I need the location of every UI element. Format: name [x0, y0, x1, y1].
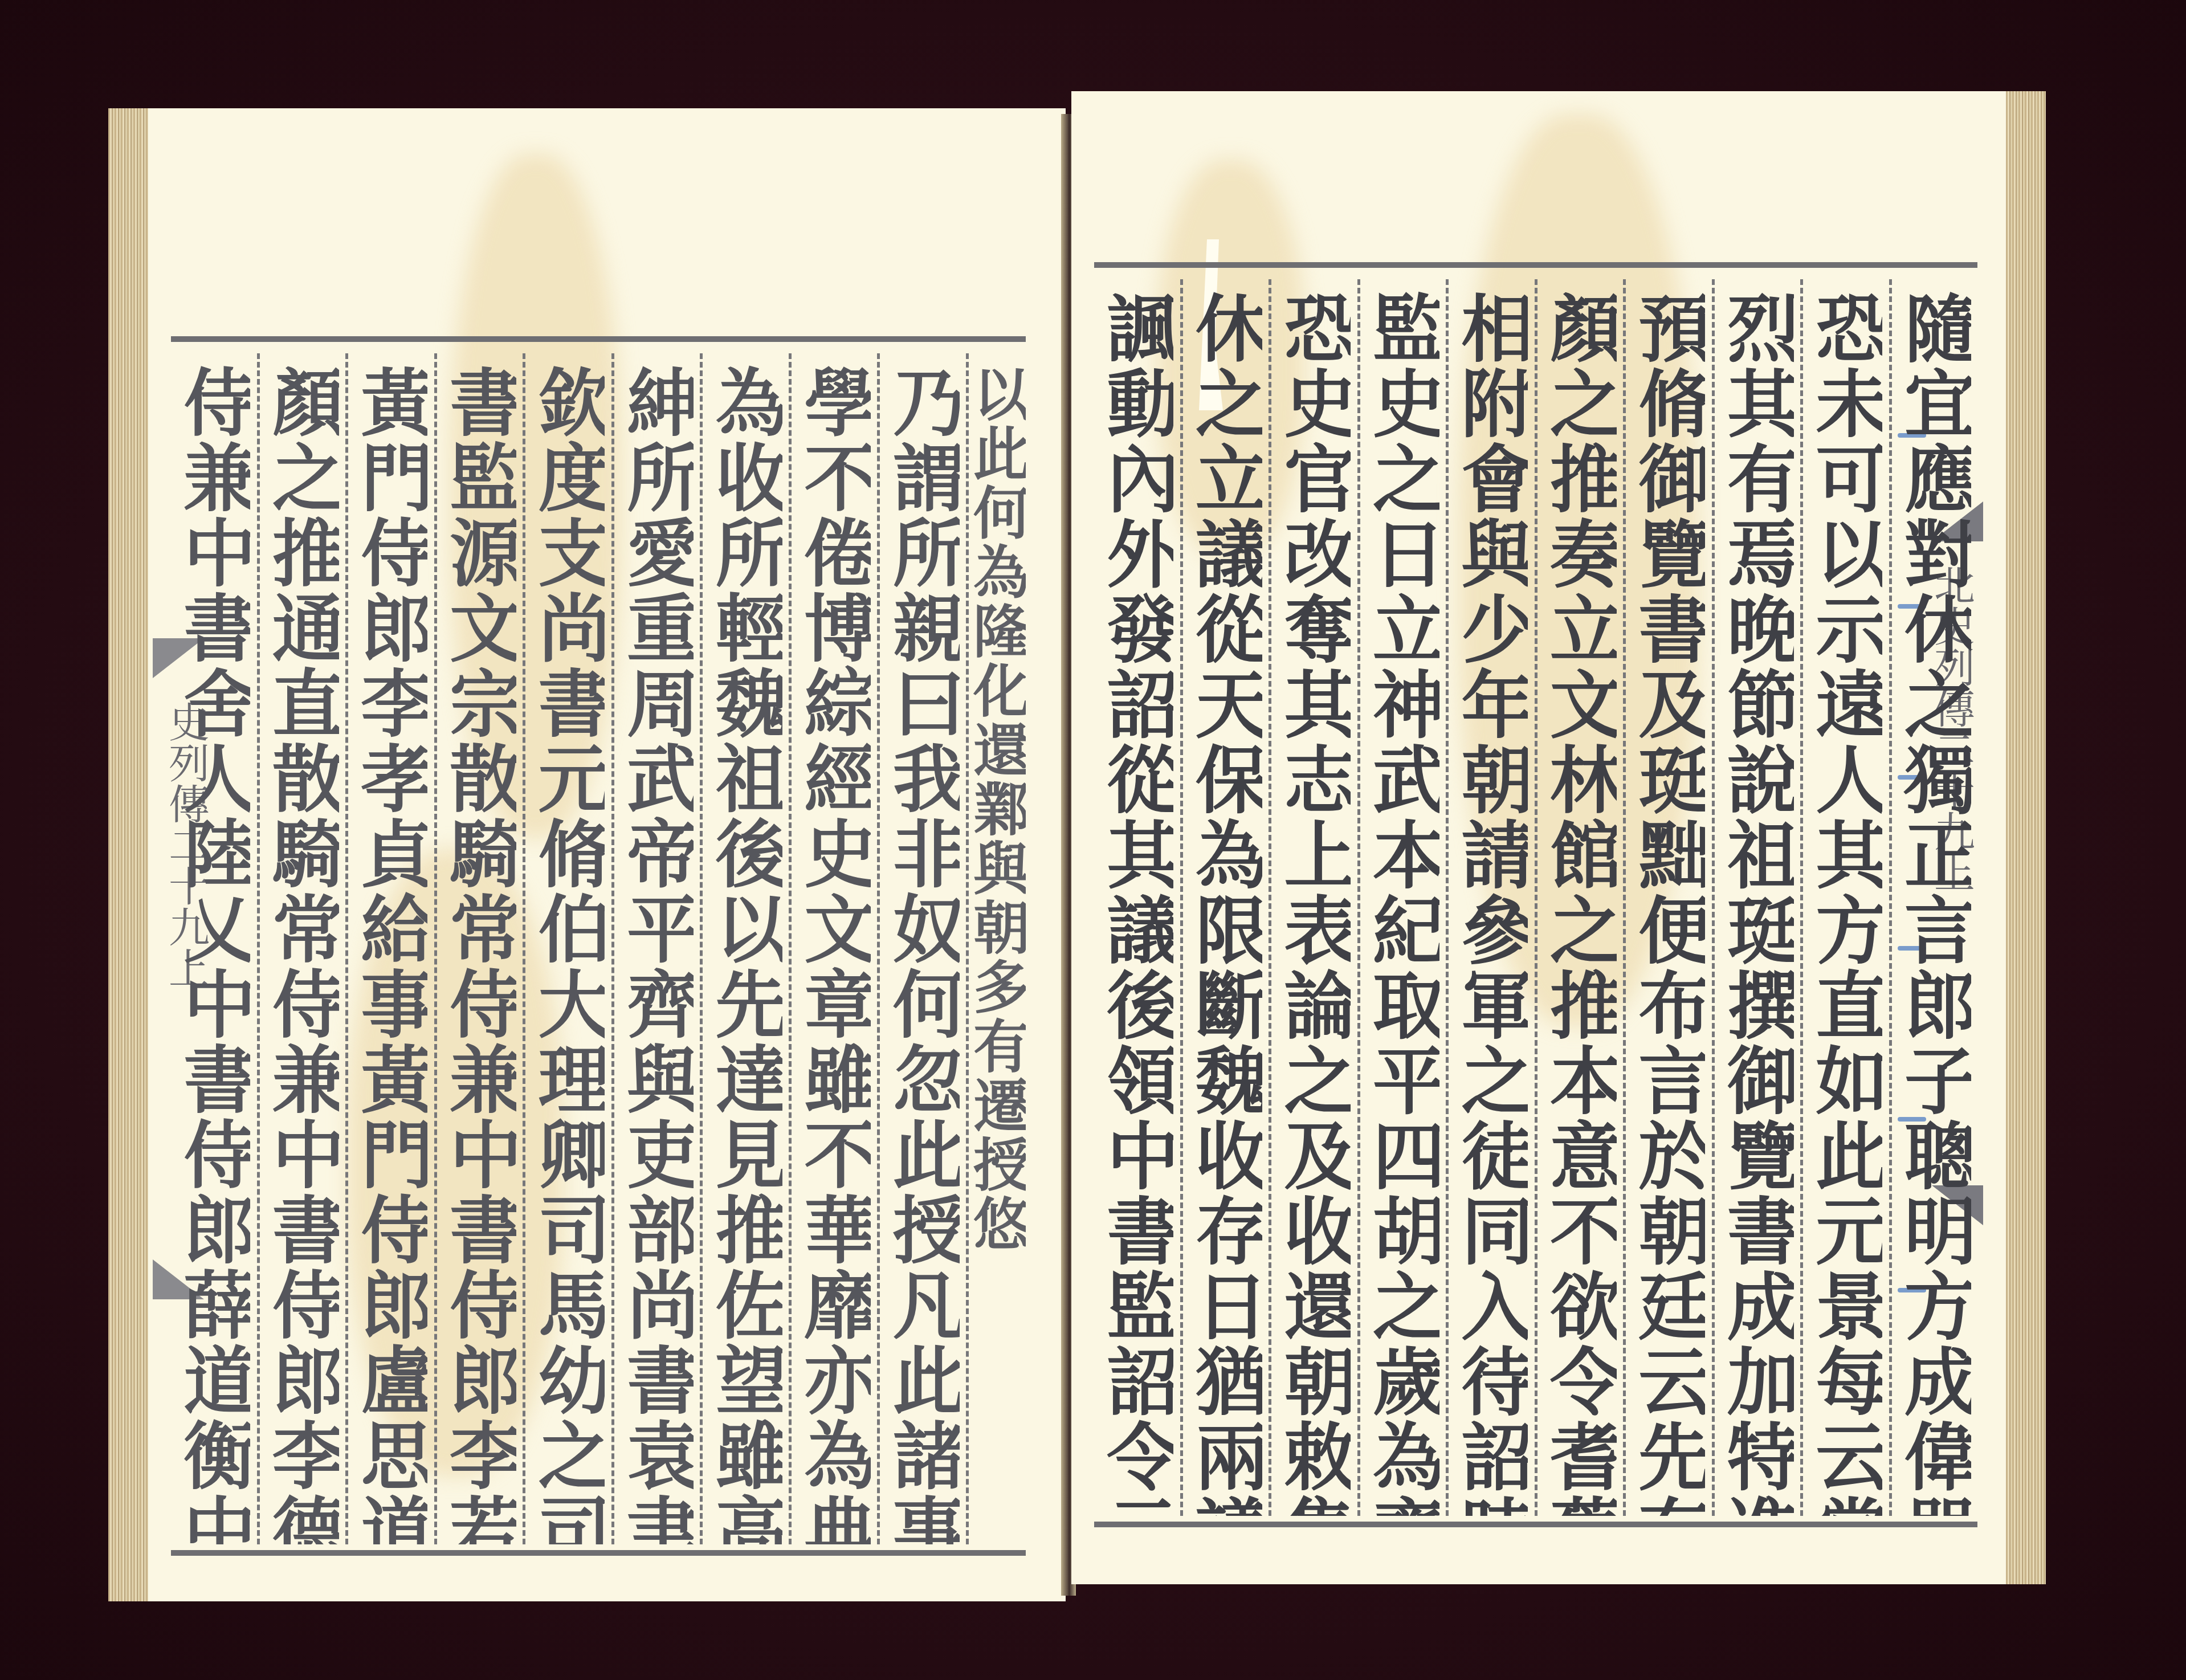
text-frame: 隨宜應對休之獨正言郎子聰明方成偉器但小兒文藻 恐未可以示遠人其方直如此元景每云當…: [1094, 262, 1977, 1527]
text-column: 欽度支尚書元脩伯大理卿司馬幼之司農卿崔達拏祕: [523, 353, 611, 1544]
text-column: 預脩御覽書及珽黜便布言於朝廷云先有隙及鄧長顒: [1623, 279, 1712, 1516]
text-column: 監史之日立神武本紀取平四胡之歲為齊元收在齊州: [1357, 279, 1446, 1516]
text-column: 烈其有焉晚節說祖珽撰御覽書成加特進令其子辟強: [1712, 279, 1801, 1516]
text-column: 休之立議從天保為限斷魏收存日猶兩議未決收死便: [1180, 279, 1269, 1516]
text-columns: 以此何為隆化還鄴與朝多有遷授悠 乃謂所親曰我非奴何忽此授凡此諸事為識者所譏好 學…: [171, 353, 1026, 1544]
right-page: 北史列傳二十九上 隨宜應對休之獨正言郎子聰明方成偉器但小兒文藻 恐未可以示遠人其…: [1071, 91, 2046, 1584]
text-column: 諷動內外發詔從其議後領中書監詔令云我已三為中: [1094, 279, 1180, 1516]
text-column: 為收所輕魏祖後以先達見推佐望雖高虛懷接物為搢: [700, 353, 789, 1544]
text-column: 恐未可以示遠人其方直如此元景每云當今直諫陽子: [1800, 279, 1889, 1516]
text-column: 恐史官改奪其志上表論之及收還朝敕集朝賢議其事: [1269, 279, 1357, 1516]
left-page: 史列傳二十九上 以此何為隆化還鄴與朝多有遷授悠 乃謂所親曰我非奴何忽此授凡此諸事…: [108, 108, 1066, 1601]
text-column: 紳所愛重周武帝平齊與吏部尚書袁聿脩衞尉卿李祖: [611, 353, 700, 1544]
open-book: 史列傳二十九上 以此何為隆化還鄴與朝多有遷授悠 乃謂所親曰我非奴何忽此授凡此諸事…: [108, 80, 2046, 1641]
text-column: 顏之推通直散騎常侍兼中書侍郎李德林通直散騎常: [257, 353, 346, 1544]
text-frame: 以此何為隆化還鄴與朝多有遷授悠 乃謂所親曰我非奴何忽此授凡此諸事為識者所譏好 學…: [171, 336, 1026, 1556]
text-column: 學不倦博綜經史文章雖不華靡亦為典正魏收在日深: [789, 353, 878, 1544]
text-columns: 隨宜應對休之獨正言郎子聰明方成偉器但小兒文藻 恐未可以示遠人其方直如此元景每云當…: [1094, 279, 1977, 1516]
text-column: 顏之推奏立文林館之推本意不欲令耆舊貴人居之便: [1535, 279, 1624, 1516]
text-column: 黃門侍郎李孝貞給事黃門侍郎盧思道給事黃門侍郎: [345, 353, 434, 1544]
text-column: 隨宜應對休之獨正言郎子聰明方成偉器但小兒文藻: [1889, 279, 1978, 1516]
right-page-edges: [2006, 91, 2046, 1584]
text-column: 以此何為隆化還鄴與朝多有遷授悠: [966, 353, 1026, 1544]
left-page-edges: [108, 108, 148, 1601]
text-column: 侍兼中書舍人陸乂中書侍郎薛道衡中書舍人元行恭: [171, 353, 257, 1544]
text-column: 書監源文宗散騎常侍兼中書侍郎李若散騎常侍兼給事: [434, 353, 523, 1544]
text-column: 乃謂所親曰我非奴何忽此授凡此諸事為識者所譏好: [877, 353, 966, 1544]
text-column: 相附會與少年朝請參軍之徒同入待詔時論貶焉魏收: [1446, 279, 1535, 1516]
